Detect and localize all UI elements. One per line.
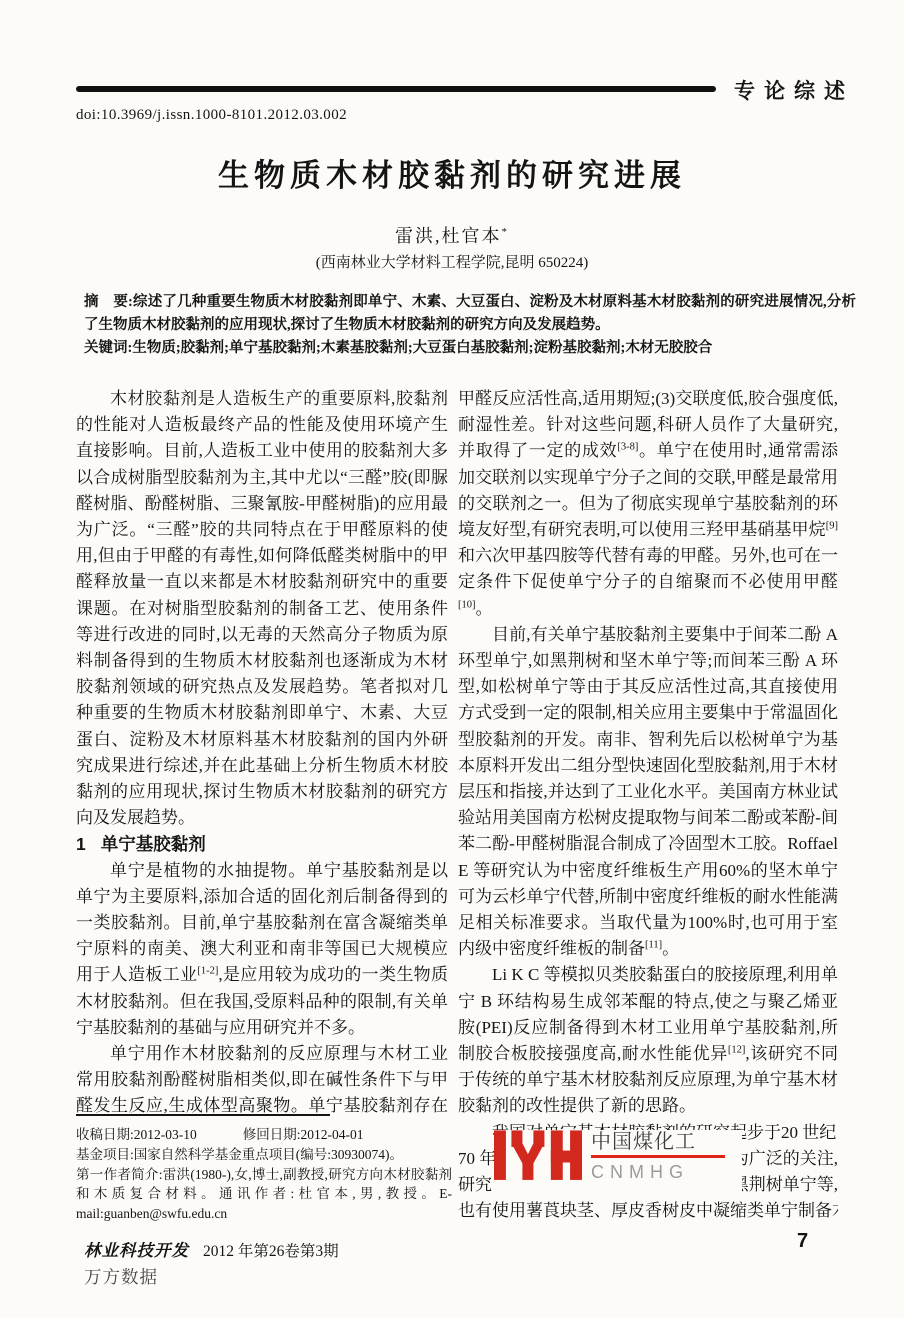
abstract-line: 摘 要:综述了几种重要生物质木材胶黏剂即单宁、木素、大豆蛋白、淀粉及木材原料基木… [84, 291, 856, 337]
keywords-line: 关键词:生物质;胶黏剂;单宁基胶黏剂;木素基胶黏剂;大豆蛋白基胶黏剂;淀粉基胶黏… [84, 337, 856, 360]
section-label: 专论综述 [734, 75, 854, 105]
section-heading-1: 1单宁基胶黏剂 [76, 831, 448, 857]
footer: 林业科技开发2012 年第26卷第3期 [84, 1237, 339, 1261]
footnote-divider [76, 1114, 330, 1116]
body-paragraph-tannin-1: 单宁是植物的水抽提物。单宁基胶黏剂是以单宁为主要原料,添加合适的固化剂后制备得到… [76, 858, 448, 1041]
watermark-latin-text: CNMHG [591, 1161, 725, 1183]
footnote-block: 收稿日期:2012-03-10修回日期:2012-04-01 基金项目:国家自然… [76, 1114, 452, 1224]
corresponding-author-mark: * [502, 226, 510, 238]
footnote-dates: 收稿日期:2012-03-10修回日期:2012-04-01 [76, 1125, 452, 1145]
watermark: 中国煤化工 CNMHG [494, 1130, 742, 1196]
abstract-block: 摘 要:综述了几种重要生物质木材胶黏剂即单宁、木素、大豆蛋白、淀粉及木材原料基木… [84, 291, 856, 360]
abstract-label: 摘 要: [84, 294, 133, 310]
keywords-label: 关键词: [84, 340, 132, 356]
authors-names: 雷洪,杜官本 [395, 226, 502, 246]
section-heading-label: 单宁基胶黏剂 [101, 834, 206, 854]
body-paragraph-likc: Li K C 等模拟贝类胶黏蛋白的胶接原理,利用单宁 B 环结构易生成邻苯醌的特… [458, 962, 838, 1119]
body-paragraph-continued: 甲醛反应活性高,适用期短;(3)交联度低,胶合强度低,耐湿性差。针对这些问题,科… [458, 386, 838, 622]
received-date: 收稿日期:2012-03-10 [76, 1125, 197, 1145]
wanfang-scan-mark: 万方数据 [84, 1264, 158, 1289]
keywords-text: 生物质;胶黏剂;单宁基胶黏剂;木素基胶黏剂;大豆蛋白基胶黏剂;淀粉基胶黏剂;木材… [132, 340, 712, 356]
footnote-bio: 第一作者简介:雷洪(1980-),女,博士,副教授,研究方向木材胶黏剂和木质复合… [76, 1165, 452, 1224]
abstract-text: 综述了几种重要生物质木材胶黏剂即单宁、木素、大豆蛋白、淀粉及木材原料基木材胶黏剂… [84, 294, 856, 333]
header-rule [76, 86, 716, 92]
china-line-2-left: 70 年 [458, 1146, 496, 1172]
journal-name: 林业科技开发 [84, 1241, 189, 1260]
page-title: 生物质木材胶黏剂的研究进展 [0, 150, 904, 195]
column-left: 木材胶黏剂是人造板生产的重要原料,胶黏剂的性能对人造板最终产品的性能及使用环境产… [76, 386, 448, 1118]
body-paragraph-tannin-types: 目前,有关单宁基胶黏剂主要集中于间苯二酚 A 环型单宁,如黑荆树和坚木单宁等;而… [458, 622, 838, 963]
revised-date: 修回日期:2012-04-01 [243, 1125, 364, 1145]
column-right: 甲醛反应活性高,适用期短;(3)交联度低,胶合强度低,耐湿性差。针对这些问题,科… [458, 386, 838, 1226]
coal-chem-logo-icon [494, 1126, 582, 1193]
page-number: 7 [797, 1230, 808, 1253]
watermark-text-block: 中国煤化工 CNMHG [591, 1130, 725, 1183]
doi-text: doi:10.3969/j.issn.1000-8101.2012.03.002 [76, 107, 347, 124]
affiliation: (西南林业大学材料工程学院,昆明 650224) [0, 251, 904, 272]
section-number: 1 [76, 834, 86, 854]
china-line-3-left: 研究 [458, 1172, 492, 1198]
footnote-fund: 基金项目:国家自然科学基金重点项目(编号:30930074)。 [76, 1145, 452, 1165]
watermark-cn-text: 中国煤化工 [591, 1130, 725, 1154]
paper-page: 专论综述 doi:10.3969/j.issn.1000-8101.2012.0… [0, 0, 904, 1318]
watermark-underline [591, 1155, 725, 1158]
authors-line: 雷洪,杜官本* [0, 222, 904, 248]
body-paragraph-tannin-2: 单宁用作木材胶黏剂的反应原理与木材工业常用胶黏剂酚醛树脂相类似,即在碱性条件下与… [76, 1041, 448, 1118]
body-paragraph-intro: 木材胶黏剂是人造板生产的重要原料,胶黏剂的性能对人造板最终产品的性能及使用环境产… [76, 386, 448, 831]
china-line-4: 也有使用薯莨块茎、厚皮香树皮中凝缩类单宁制备木 [458, 1198, 838, 1224]
issue-info: 2012 年第26卷第3期 [203, 1243, 339, 1260]
